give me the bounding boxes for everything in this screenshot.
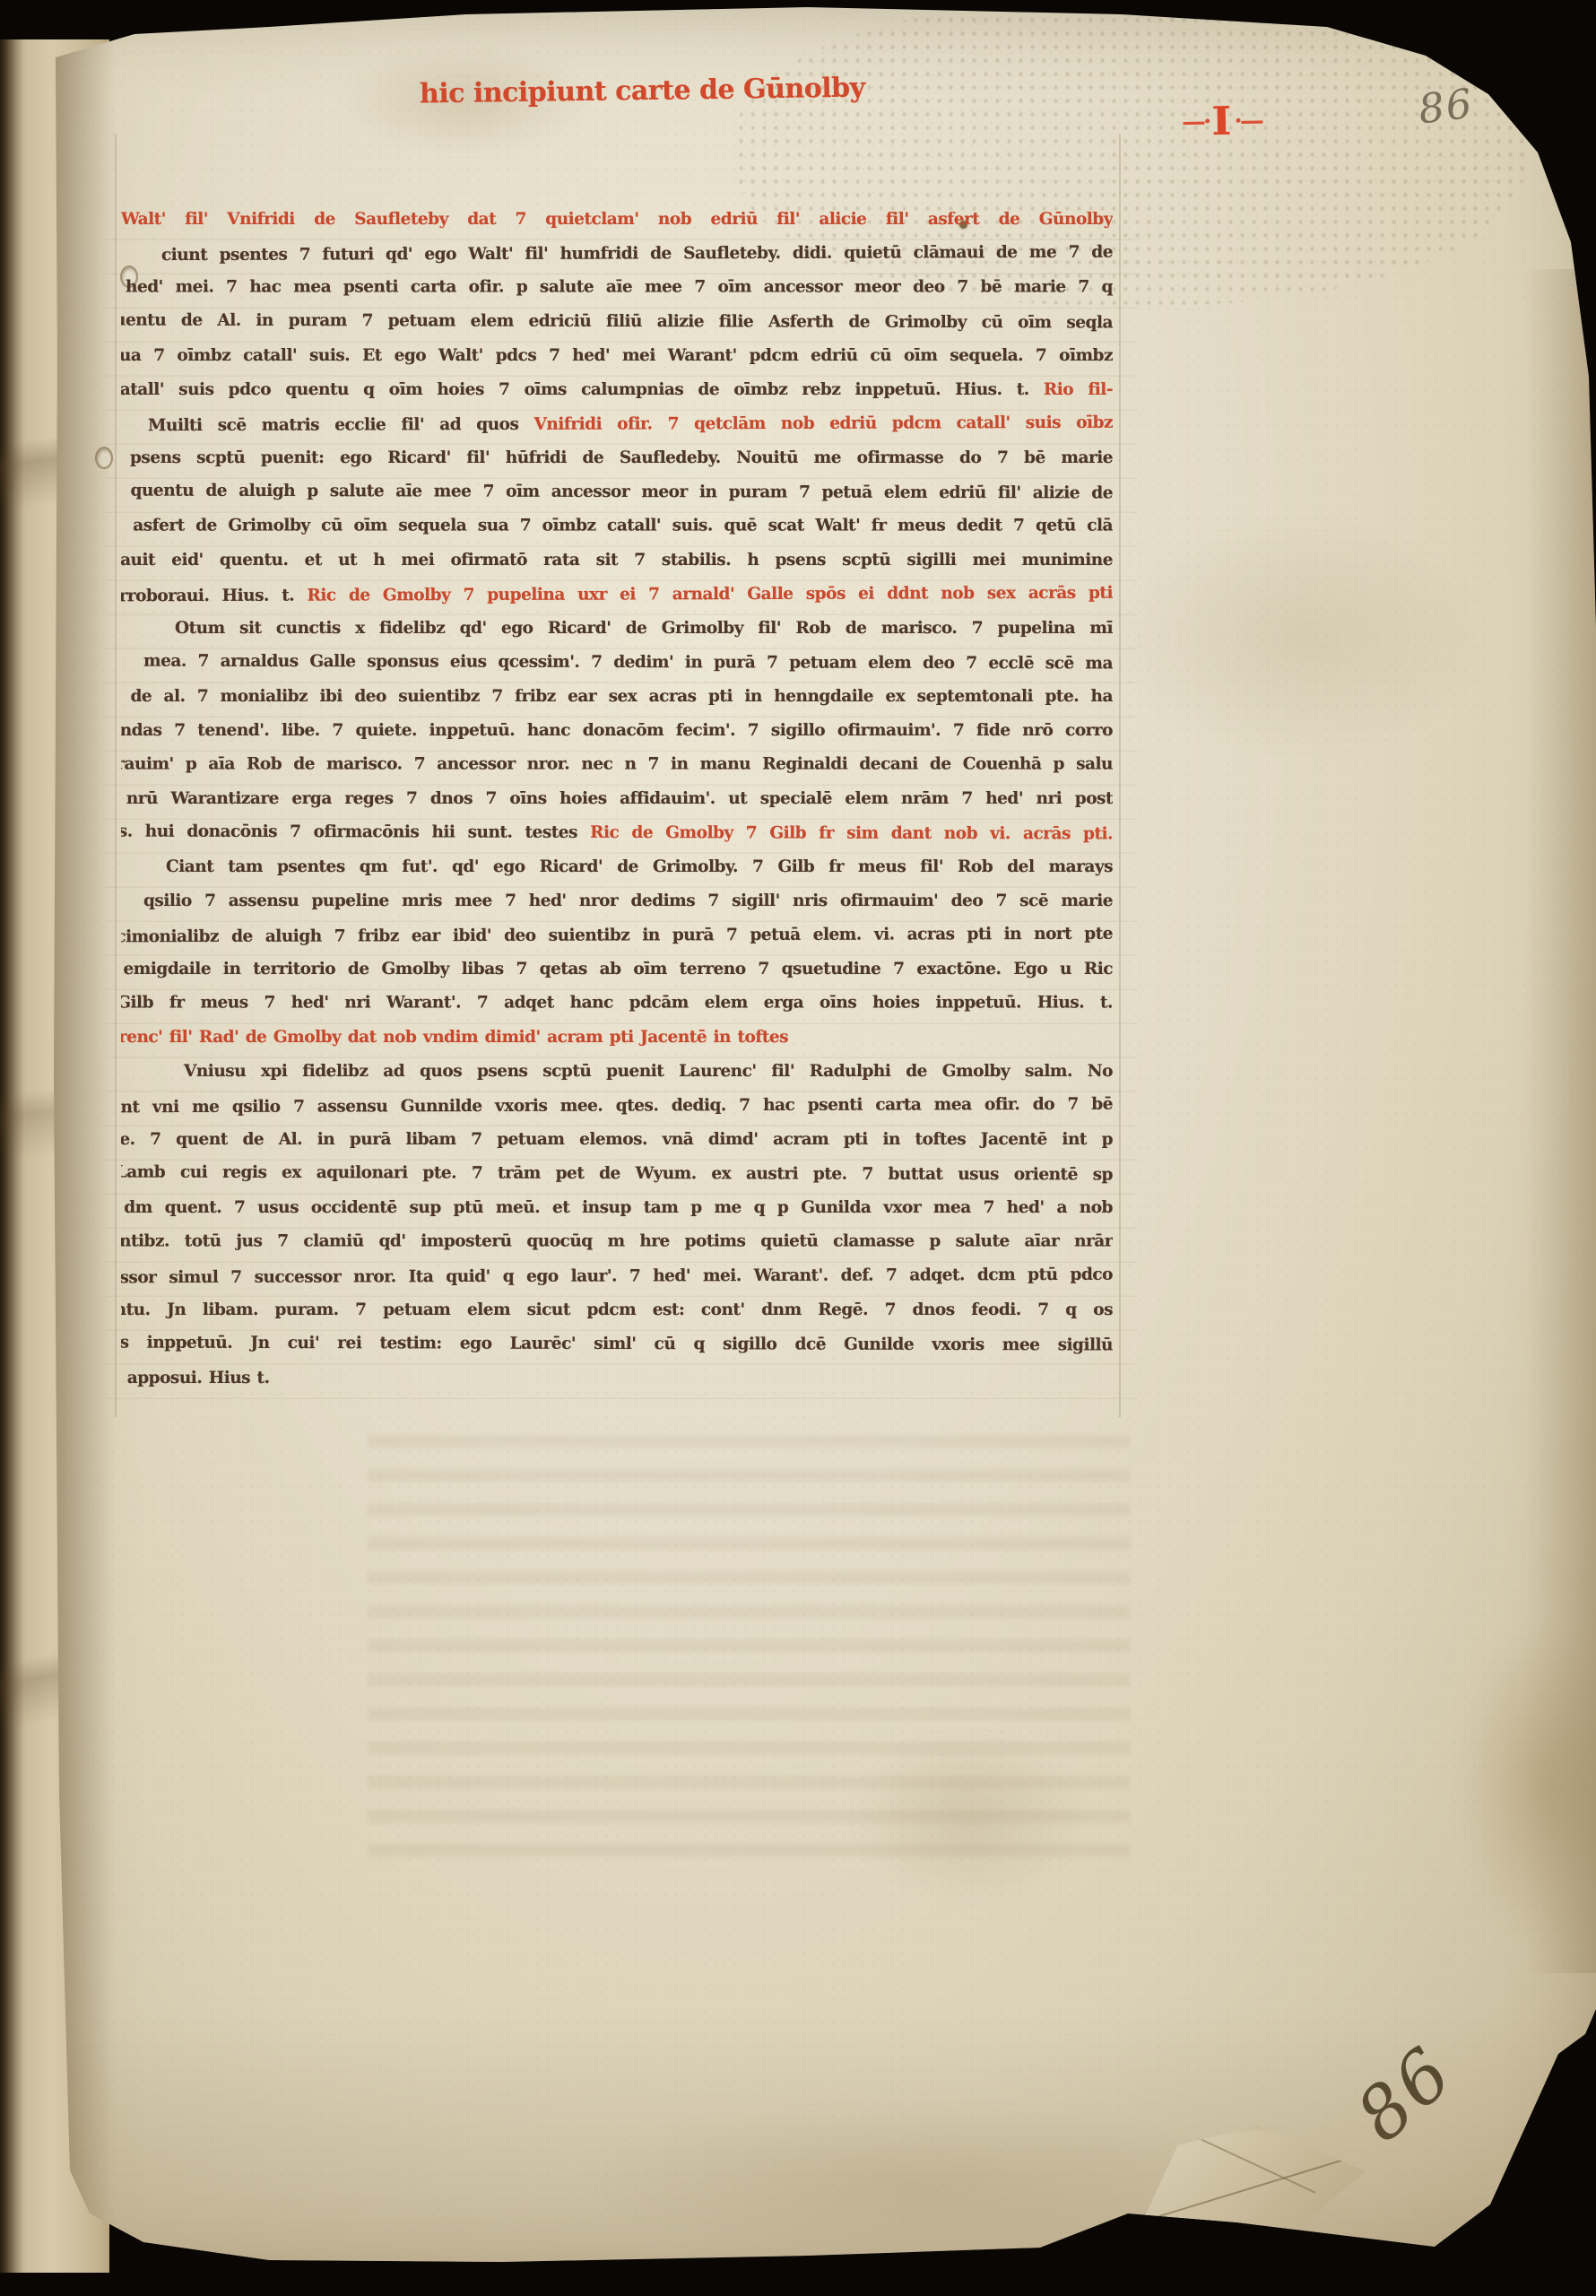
show-through-text — [368, 1435, 1130, 1857]
quire-mark-dash: —· — [1182, 108, 1210, 136]
manuscript-line: hed' mei. 7 hac mea psenti carta ofir. p… — [121, 271, 1113, 305]
manuscript-line: te nrū Warantizare erga reges 7 dnos 7 o… — [121, 782, 1113, 816]
rubric-text: Vnifridi ofir. 7 qetclām nob edriū pdcm … — [534, 413, 1114, 434]
manuscript-line: 7 Gilb fr meus 7 hed' nri Warant'. 7 adq… — [121, 987, 1113, 1021]
ink-text: de emigdaile in territorio de Gmolby lib… — [121, 960, 1113, 978]
ink-text: exeuntibz. totū jus 7 clamiū qd' imposte… — [121, 1232, 1113, 1251]
manuscript-line: borauim' p aīa Rob de marisco. 7 ancesso… — [121, 748, 1113, 782]
ink-text: fil' asfert de Grimolby cū oīm sequela s… — [121, 517, 1113, 535]
ink-text: Otum sit cunctis x fidelibz qd' ego Rica… — [175, 619, 1113, 638]
manuscript-line: sua 7 oīmbz catall' suis. Et ego Walt' p… — [121, 339, 1113, 373]
manuscript-line: Muilti scē matris ecclie fil' ad quos Vn… — [121, 406, 1113, 443]
edge-shadow-right — [1524, 269, 1596, 1973]
manuscript-line: fil' asfert de Grimolby cū oīm sequela s… — [121, 509, 1113, 544]
ink-text: corroboraui. Hius. t. — [121, 587, 308, 606]
ink-text: meū apposui. Hius t. — [121, 1369, 270, 1387]
rubric-text: Ric de Gmolby 7 Gilb fr sim dant nob vi.… — [590, 823, 1113, 844]
manuscript-line: Otum sit cunctis x fidelibz qd' ego Rica… — [121, 612, 1113, 646]
manuscript-line: rie de al. 7 monialibz ibi deo suientibz… — [121, 680, 1113, 714]
manuscript-line: de emigdaile in territorio de Gmolby lib… — [121, 952, 1113, 987]
quire-mark-dash: ·— — [1234, 107, 1262, 135]
manuscript-line: 7 quentu de aluigh p salute aīe mee 7 oī… — [121, 474, 1113, 511]
ink-text: 7 quentu de aluigh p salute aīe mee 7 oī… — [121, 482, 1113, 503]
manuscript-line: ptū dm quent. 7 usus occidentē sup ptū m… — [121, 1191, 1113, 1225]
ink-text: qsilio 7 assensu pupeline mris mee 7 hed… — [143, 891, 1113, 910]
ink-text: bendas 7 tenend'. libe. 7 quiete. inppet… — [121, 721, 1113, 740]
quire-mark-numeral: I — [1211, 102, 1232, 142]
manuscript-line: Walt' fil' Vnifridi de Saufleteby dat 7 … — [121, 203, 1113, 237]
ink-text: uint vni me qsilio 7 assensu Gunnilde vx… — [121, 1095, 1113, 1118]
ink-text: uentu de Al. in puram 7 petuam elem edri… — [121, 311, 1113, 333]
manuscript-page: hic incipiunt carte de Gūnolby —· I ·— 8… — [52, 5, 1596, 2289]
manuscript-line: psens scptū puenit: ego Ricard' fil' hūf… — [121, 441, 1113, 475]
text-block: Walt' fil' Vnifridi de Saufleteby dat 7 … — [121, 203, 1113, 1396]
ink-text: borauim' p aīa Rob de marisco. 7 ancesso… — [121, 755, 1113, 774]
ink-text: psens scptū puenit: ego Ricard' fil' hūf… — [130, 448, 1113, 467]
manuscript-line: uint vni me qsilio 7 assensu Gunnilde vx… — [121, 1088, 1113, 1125]
margin-rule-right — [1119, 135, 1121, 1417]
photograph-background: hic incipiunt carte de Gūnolby —· I ·— 8… — [0, 0, 1596, 2296]
ink-text: marie. 7 quent de Al. in purā libam 7 pe… — [121, 1130, 1113, 1149]
manuscript-line: hoies inppetuū. Jn cui' rei testim: ego … — [121, 1326, 1113, 1363]
ink-text: tū Lamb cui regis ex aquilonari pte. 7 t… — [121, 1162, 1113, 1184]
manuscript-line: Vniusu xpi fidelibz ad quos psens scptū … — [121, 1055, 1113, 1089]
manuscript-line: catall' suis pdco quentu q oīm hoies 7 o… — [121, 373, 1113, 407]
manuscript-line: ciunt psentes 7 futuri qd' ego Walt' fil… — [121, 236, 1113, 273]
ink-text: mea. 7 arnaldus Galle sponsus eius qcess… — [143, 652, 1113, 674]
ink-text: catall' suis pdco quentu q oīm hoies 7 o… — [121, 380, 1044, 399]
ink-text: sua 7 oīmbz catall' suis. Et ego Walt' p… — [121, 346, 1113, 365]
manuscript-line: ancessor simul 7 successor nror. Ita qui… — [121, 1258, 1113, 1295]
ink-text: Muilti scē matris ecclie fil' ad quos — [148, 415, 534, 435]
manuscript-line: Laurenc' fil' Rad' de Gmolby dat nob vnd… — [121, 1021, 1113, 1055]
manuscript-line: quentu. Jn libam. puram. 7 petuam elem s… — [121, 1293, 1113, 1327]
rubric-text: Rio fil- — [1044, 380, 1113, 399]
manuscript-line: Ciant tam psentes qm fut'. qd' ego Ricar… — [121, 850, 1113, 884]
rubric-text: Ric de Gmolby 7 pupelina uxr ei 7 arnald… — [307, 584, 1113, 605]
margin-rule-left — [115, 135, 117, 1417]
manuscript-line: mauit eid' quentu. et ut h mei ofirmatō … — [121, 544, 1113, 578]
folio-number-pencil: 86 — [1416, 79, 1476, 133]
ink-text: Vniusu xpi fidelibz ad quos psens scptū … — [184, 1062, 1113, 1081]
page-header-rubric: hic incipiunt carte de Gūnolby — [420, 73, 865, 110]
manuscript-line: exeuntibz. totū jus 7 clamiū qd' imposte… — [121, 1225, 1113, 1259]
manuscript-line: meū apposui. Hius t. — [121, 1361, 1113, 1396]
ink-text: 7 Gilb fr meus 7 hed' nri Warant'. 7 adq… — [121, 994, 1113, 1013]
rubric-text: Laurenc' fil' Rad' de Gmolby dat nob vnd… — [121, 1028, 788, 1047]
manuscript-line: tū Lamb cui regis ex aquilonari pte. 7 t… — [121, 1156, 1113, 1193]
ink-text: rie de al. 7 monialibz ibi deo suientibz… — [121, 687, 1113, 706]
manuscript-line: nos. hui donacōnis 7 ofirmacōnis hii sun… — [121, 815, 1113, 852]
ink-text: mauit eid' quentu. et ut h mei ofirmatō … — [121, 551, 1113, 570]
quire-mark: —· I ·— — [1182, 100, 1262, 143]
rubric-text: Walt' fil' Vnifridi de Saufleteby dat 7 … — [121, 210, 1113, 229]
ink-text: 7 scimonialibz de aluigh 7 fribz ear ibi… — [121, 925, 1113, 947]
manuscript-line: marie. 7 quent de Al. in purā libam 7 pe… — [121, 1123, 1113, 1157]
edge-shadow-bottom — [0, 2009, 1596, 2296]
manuscript-line: 7 scimonialibz de aluigh 7 fribz ear ibi… — [121, 918, 1113, 954]
ink-text: quentu. Jn libam. puram. 7 petuam elem s… — [121, 1300, 1113, 1319]
manuscript-line: bendas 7 tenend'. libe. 7 quiete. inppet… — [121, 714, 1113, 748]
manuscript-line: mea. 7 arnaldus Galle sponsus eius qcess… — [121, 645, 1113, 682]
ink-text: hed' mei. 7 hac mea psenti carta ofir. p… — [126, 278, 1113, 297]
ink-text: nos. hui donacōnis 7 ofirmacōnis hii sun… — [121, 822, 590, 841]
ink-text: hoies inppetuū. Jn cui' rei testim: ego … — [121, 1333, 1113, 1354]
ink-text: ptū dm quent. 7 usus occidentē sup ptū m… — [121, 1198, 1113, 1217]
ink-text: ciunt psentes 7 futuri qd' ego Walt' fil… — [161, 243, 1113, 265]
manuscript-line: qsilio 7 assensu pupeline mris mee 7 hed… — [121, 884, 1113, 918]
ink-text: te nrū Warantizare erga reges 7 dnos 7 o… — [121, 789, 1113, 808]
ink-text: ancessor simul 7 successor nror. Ita qui… — [121, 1265, 1113, 1288]
manuscript-line: uentu de Al. in puram 7 petuam elem edri… — [121, 304, 1113, 341]
manuscript-line: corroboraui. Hius. t. Ric de Gmolby 7 pu… — [121, 577, 1113, 613]
ink-text: Ciant tam psentes qm fut'. qd' ego Ricar… — [166, 857, 1113, 876]
